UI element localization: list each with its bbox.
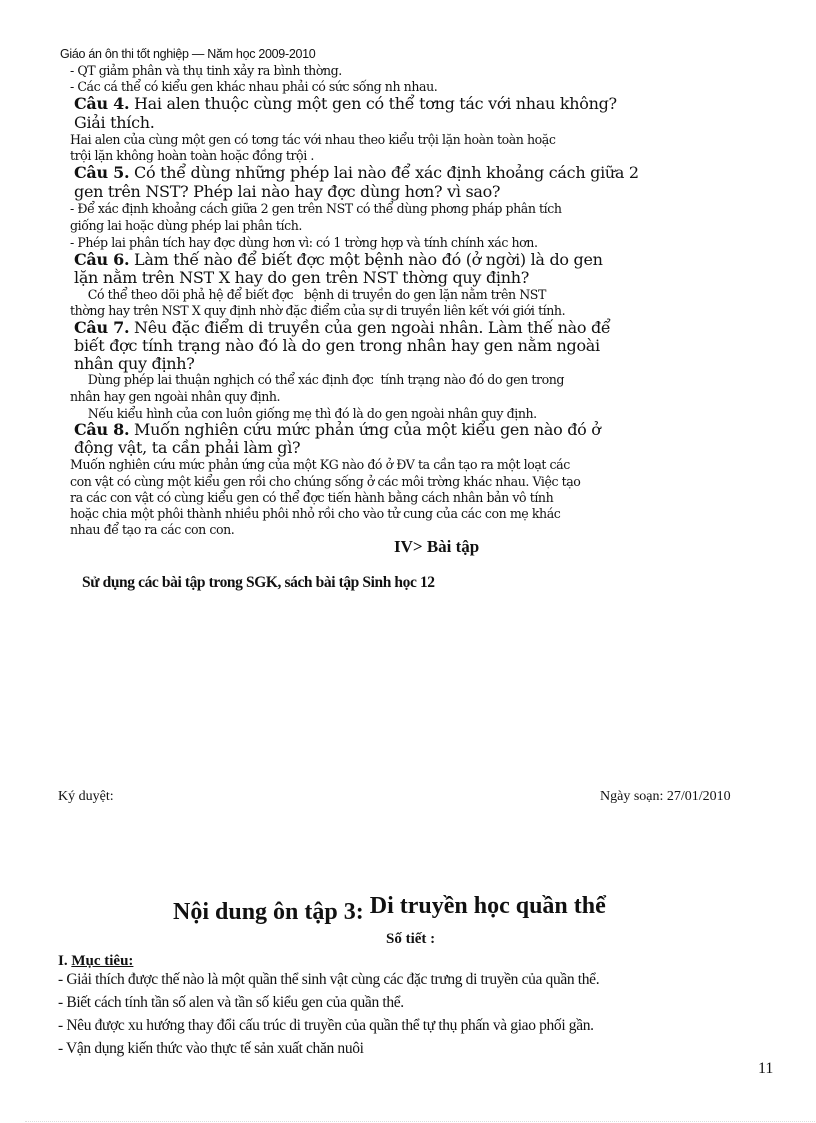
question-6-label: Câu 6. xyxy=(74,250,129,269)
question-5-text-cont: gen trên NST? Phép lai nào hay đợc dùng … xyxy=(74,182,500,201)
question-4-text: Hai alen thuộc cùng một gen có thể tơng … xyxy=(134,94,617,113)
question-6-text-cont: lặn nằm trên NST X hay do gen trên NST t… xyxy=(74,268,529,287)
answer-4-line-1: Hai alen của cùng một gen có tơng tác vớ… xyxy=(70,132,555,147)
question-7-text-cont-1: biết đợc tính trạng nào đó là do gen tro… xyxy=(74,336,600,355)
answer-7-line-3: Nếu kiểu hình của con luôn giống mẹ thì … xyxy=(70,406,537,421)
question-8-text: Muốn nghiên cứu mức phản ứng của một kiể… xyxy=(134,420,601,439)
answer-7-line-2: nhân hay gen ngoài nhân quy định. xyxy=(70,389,280,404)
lesson-title-main: Di truyền học quần thể xyxy=(370,893,606,919)
lesson-title-prefix: Nội dung ôn tập 3: xyxy=(173,899,364,925)
page-bottom-divider xyxy=(25,1121,815,1122)
objective-item: - Biết cách tính tần số alen và tần số k… xyxy=(58,994,404,1012)
document-page: Giáo án ôn thi tốt nghiệp — Năm học 2009… xyxy=(0,0,816,1123)
question-5-label: Câu 5. xyxy=(74,163,129,182)
question-7-text: Nêu đặc điểm di truyền của gen ngoài nhâ… xyxy=(134,318,610,337)
objective-item: - Giải thích được thế nào là một quần th… xyxy=(58,971,599,989)
answer-5-line-2: giống lai hoặc dùng phép lai phân tích. xyxy=(70,218,302,233)
answer-6-line-1: Có thể theo dõi phả hệ để biết đợc bệnh … xyxy=(70,287,546,302)
answer-6-line-2: thờng hay trên NST X quy định nhờ đặc đi… xyxy=(70,303,565,318)
question-7: Câu 7. Nêu đặc điểm di truyền của gen ng… xyxy=(74,318,610,337)
question-5: Câu 5. Có thể dùng những phép lai nào để… xyxy=(74,163,639,182)
question-7-text-cont-2: nhân quy định? xyxy=(74,354,195,373)
condition-line-2: - Các cá thể có kiểu gen khác nhau phải … xyxy=(70,79,437,94)
answer-4-line-2: trội lặn không hoàn toàn hoặc đồng trội … xyxy=(70,148,314,163)
section-iv-title: IV> Bài tập xyxy=(394,537,479,557)
question-4-label: Câu 4. xyxy=(74,94,129,113)
question-5-text: Có thể dùng những phép lai nào để xác đị… xyxy=(134,163,639,182)
question-6-text: Làm thế nào để biết đợc một bệnh nào đó … xyxy=(134,250,603,269)
page-number: 11 xyxy=(758,1060,773,1078)
question-6: Câu 6. Làm thế nào để biết đợc một bệnh … xyxy=(74,250,603,269)
question-4: Câu 4. Hai alen thuộc cùng một gen có th… xyxy=(74,94,617,113)
answer-8-line-2: con vật có cùng một kiểu gen rồi cho chú… xyxy=(70,474,580,489)
signature-date: Ngày soạn: 27/01/2010 xyxy=(600,789,731,805)
answer-5-line-1: - Để xác định khoảng cách giữa 2 gen trê… xyxy=(70,201,561,216)
running-header: Giáo án ôn thi tốt nghiệp — Năm học 2009… xyxy=(60,47,315,61)
question-8-label: Câu 8. xyxy=(74,420,129,439)
answer-8-line-5: nhau để tạo ra các con con. xyxy=(70,522,234,537)
answer-8-line-4: hoặc chia một phôi thành nhiều phôi nhỏ … xyxy=(70,506,560,521)
answer-8-line-1: Muốn nghiên cứu mức phản ứng của một KG … xyxy=(70,457,570,472)
condition-line-1: - QT giảm phân và thụ tinh xảy ra bình t… xyxy=(70,63,342,78)
question-4-text-cont: Giải thích. xyxy=(74,113,155,132)
objectives-heading-number: I. xyxy=(58,953,68,969)
question-8: Câu 8. Muốn nghiên cứu mức phản ứng của … xyxy=(74,420,601,439)
question-7-label: Câu 7. xyxy=(74,318,129,337)
objectives-heading-text: Mục tiêu: xyxy=(71,953,133,969)
answer-8-line-3: ra các con vật có cùng kiểu gen có thể đ… xyxy=(70,490,553,505)
objectives-heading: I. Mục tiêu: xyxy=(58,953,133,970)
lesson-title: Nội dung ôn tập 3: Di truyền học quần th… xyxy=(173,899,606,926)
signature-approved-label: Ký duyệt: xyxy=(58,789,114,805)
lesson-periods: Số tiết : xyxy=(386,931,435,948)
answer-5-line-3: - Phép lai phân tích hay đợc dùng hơn vì… xyxy=(70,235,538,250)
section-iv-text: Sử dụng các bài tập trong SGK, sách bài … xyxy=(82,574,435,592)
objective-item: - Vận dụng kiến thức vào thực tế sản xuấ… xyxy=(58,1040,364,1058)
answer-7-line-1: Dùng phép lai thuận nghịch có thể xác đị… xyxy=(70,372,564,387)
objective-item: - Nêu được xu hướng thay đổi cấu trúc di… xyxy=(58,1017,594,1035)
question-8-text-cont: động vật, ta cần phải làm gì? xyxy=(74,438,300,457)
